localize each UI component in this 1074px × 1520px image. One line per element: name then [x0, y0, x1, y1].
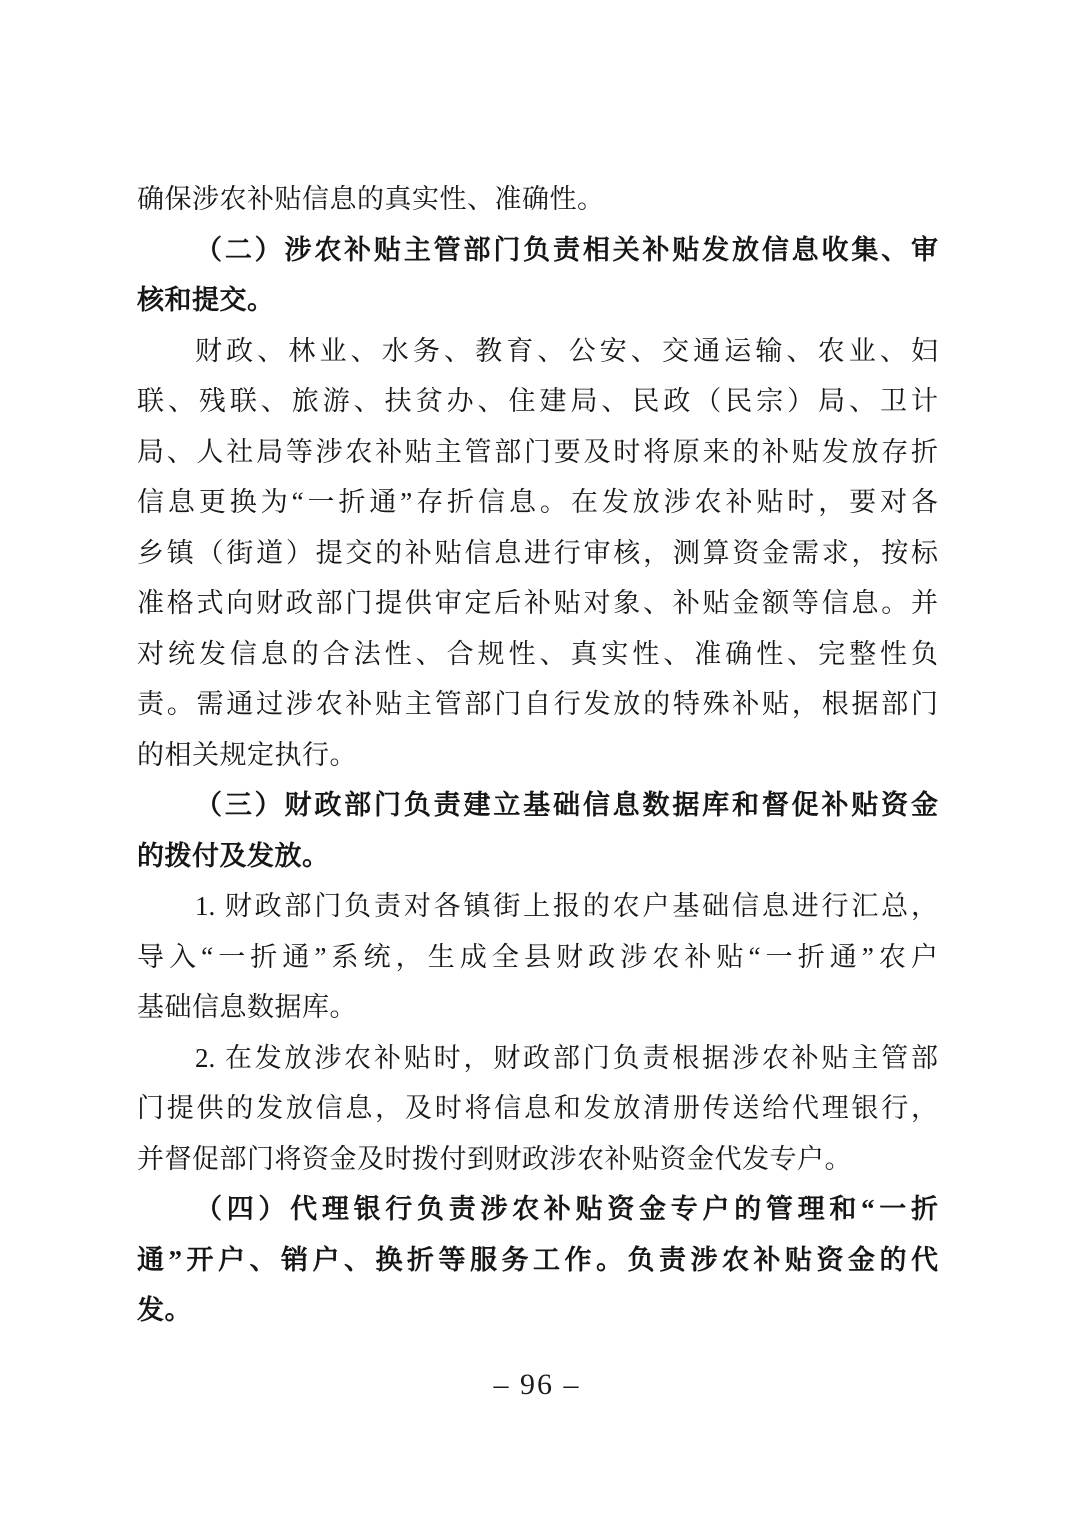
paragraph-line: 责。需通过涉农补贴主管部门自行发放的特殊补贴，根据部门 — [137, 679, 938, 730]
document-body: 确保涉农补贴信息的真实性、准确性。（二）涉农补贴主管部门负责相关补贴发放信息收集… — [137, 174, 938, 1336]
heading-line: 通”开户、销户、换折等服务工作。负责涉农补贴资金的代 — [137, 1235, 938, 1286]
heading-line: （四）代理银行负责涉农补贴资金专户的管理和“一折 — [137, 1184, 938, 1235]
heading-line: 发。 — [137, 1285, 938, 1336]
paragraph-line: 局、人社局等涉农补贴主管部门要及时将原来的补贴发放存折 — [137, 427, 938, 478]
paragraph-line: 确保涉农补贴信息的真实性、准确性。 — [137, 174, 938, 225]
paragraph-line: 的相关规定执行。 — [137, 730, 938, 781]
paragraph-line: 财政、林业、水务、教育、公安、交通运输、农业、妇 — [137, 326, 938, 377]
paragraph-line: 并督促部门将资金及时拨付到财政涉农补贴资金代发专户。 — [137, 1134, 938, 1185]
paragraph-line: 乡镇（街道）提交的补贴信息进行审核，测算资金需求，按标 — [137, 528, 938, 579]
paragraph-line: 2. 在发放涉农补贴时，财政部门负责根据涉农补贴主管部 — [137, 1033, 938, 1084]
paragraph-line: 准格式向财政部门提供审定后补贴对象、补贴金额等信息。并 — [137, 578, 938, 629]
paragraph-line: 信息更换为“一折通”存折信息。在发放涉农补贴时，要对各 — [137, 477, 938, 528]
heading-line: 的拨付及发放。 — [137, 831, 938, 882]
heading-line: 核和提交。 — [137, 275, 938, 326]
paragraph-line: 对统发信息的合法性、合规性、真实性、准确性、完整性负 — [137, 629, 938, 680]
paragraph-line: 导入“一折通”系统，生成全县财政涉农补贴“一折通”农户 — [137, 932, 938, 983]
heading-line: （三）财政部门负责建立基础信息数据库和督促补贴资金 — [137, 780, 938, 831]
paragraph-line: 基础信息数据库。 — [137, 982, 938, 1033]
paragraph-line: 1. 财政部门负责对各镇街上报的农户基础信息进行汇总， — [137, 881, 938, 932]
paragraph-line: 门提供的发放信息，及时将信息和发放清册传送给代理银行， — [137, 1083, 938, 1134]
paragraph-line: 联、残联、旅游、扶贫办、住建局、民政（民宗）局、卫计 — [137, 376, 938, 427]
heading-line: （二）涉农补贴主管部门负责相关补贴发放信息收集、审 — [137, 225, 938, 276]
document-page: 确保涉农补贴信息的真实性、准确性。（二）涉农补贴主管部门负责相关补贴发放信息收集… — [0, 0, 1074, 1520]
page-number: – 96 – — [0, 1363, 1074, 1407]
